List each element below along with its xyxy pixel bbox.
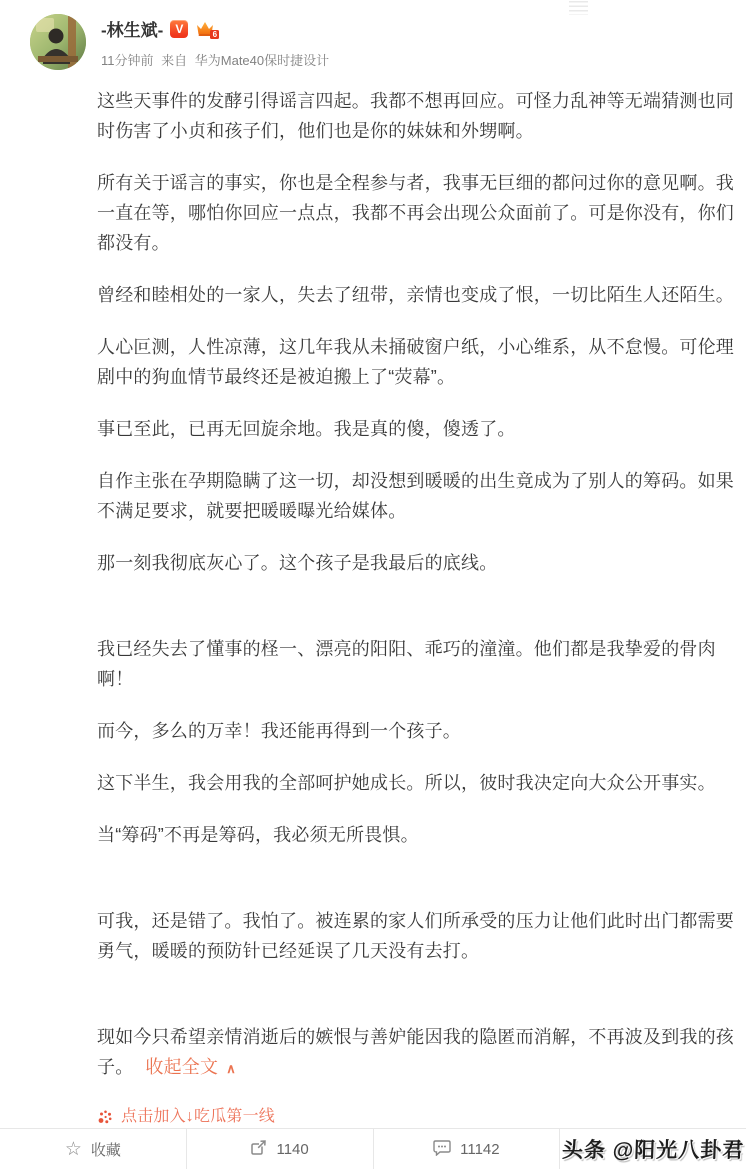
post-paragraph: 可我，还是错了。我怕了。被连累的家人们所承受的压力让他们此时出门都需要勇气，暖暖… <box>97 906 739 966</box>
supertopic-label: 点击加入↓吃瓜第一线 <box>121 1106 275 1128</box>
cropped-ui-artifact <box>569 1 588 15</box>
post-paragraph: 自作主张在孕期隐瞒了这一切，却没想到暖暖的出生竟成为了别人的筹码。如果不满足要求… <box>97 466 739 526</box>
vip-level-badge: 6 <box>210 30 219 39</box>
action-bar: ☆ 收藏 1140 11142 头条 @阳光八卦君 <box>0 1128 746 1169</box>
favorite-button[interactable]: ☆ 收藏 <box>0 1129 186 1169</box>
post-paragraph: 当“筹码”不再是筹码，我必须无所畏惧。 <box>97 820 739 850</box>
star-icon: ☆ <box>65 1140 82 1159</box>
post-paragraph: 人心叵测，人性凉薄，这几年我从未捅破窗户纸，小心维系，从不怠慢。可伦理剧中的狗血… <box>97 332 739 392</box>
source-prefix: 来自 <box>161 53 187 68</box>
collapse-label: 收起全文 <box>145 1057 218 1077</box>
user-block: -林生斌- V 6 11分钟前 来自 华为Mate4 <box>101 14 333 70</box>
post-meta: 11分钟前 来自 华为Mate40保时捷设计 <box>101 50 333 69</box>
supertopic-icon <box>97 1109 113 1125</box>
watermark-cell: 头条 @阳光八卦君 <box>560 1129 746 1169</box>
repost-button[interactable]: 1140 <box>187 1129 373 1169</box>
avatar-image <box>30 14 86 70</box>
avatar[interactable] <box>30 14 86 70</box>
username[interactable]: -林生斌- <box>101 16 163 41</box>
post-paragraph: 事已至此，已再无回旋余地。我是真的傻，傻透了。 <box>97 414 739 444</box>
collapse-full-text-link[interactable]: 收起全文∧ <box>145 1057 235 1077</box>
post-paragraph: 所有关于谣言的事实，你也是全程参与者，我事无巨细的都问过你的意见啊。我一直在等，… <box>97 168 739 258</box>
post-header: -林生斌- V 6 11分钟前 来自 华为Mate4 <box>30 14 333 70</box>
favorite-label: 收藏 <box>91 1139 121 1160</box>
vip-crown-icon: 6 <box>195 20 217 38</box>
post-paragraph: 那一刻我彻底灰心了。这个孩子是我最后的底线。 <box>97 548 739 578</box>
repost-icon <box>250 1139 267 1160</box>
post-time: 11分钟前 <box>101 53 154 68</box>
post-content: 这些天事件的发酵引得谣言四起。我都不想再回应。可怪力乱神等无端猜测也同时伤害了小… <box>97 86 739 1128</box>
verified-v-icon: V <box>170 20 188 38</box>
watermark: 头条 @阳光八卦君 <box>561 1134 744 1164</box>
post-paragraph: 我已经失去了懂事的柽一、漂亮的阳阳、乖巧的潼潼。他们都是我挚爱的骨肉啊！ <box>97 634 739 694</box>
post-paragraph: 这下半生，我会用我的全部呵护她成长。所以，彼时我决定向大众公开事实。 <box>97 768 739 798</box>
comment-button[interactable]: 11142 <box>374 1129 560 1169</box>
post-paragraph: 现如今只希望亲情消逝后的嫉恨与善妒能因我的隐匿而消解，不再波及到我的孩子。收起全… <box>97 1022 739 1084</box>
post-paragraph: 曾经和睦相处的一家人，失去了纽带，亲情也变成了恨，一切比陌生人还陌生。 <box>97 280 739 310</box>
comment-count: 11142 <box>460 1141 500 1158</box>
supertopic-link[interactable]: 点击加入↓吃瓜第一线 <box>97 1106 739 1128</box>
post-paragraph: 这些天事件的发酵引得谣言四起。我都不想再回应。可怪力乱神等无端猜测也同时伤害了小… <box>97 86 739 146</box>
chevron-up-icon: ∧ <box>226 1061 236 1076</box>
device-source-link[interactable]: 华为Mate40保时捷设计 <box>195 53 329 68</box>
repost-count: 1140 <box>276 1141 308 1158</box>
post-paragraph: 而今，多么的万幸！我还能再得到一个孩子。 <box>97 716 739 746</box>
comment-icon <box>433 1139 451 1160</box>
